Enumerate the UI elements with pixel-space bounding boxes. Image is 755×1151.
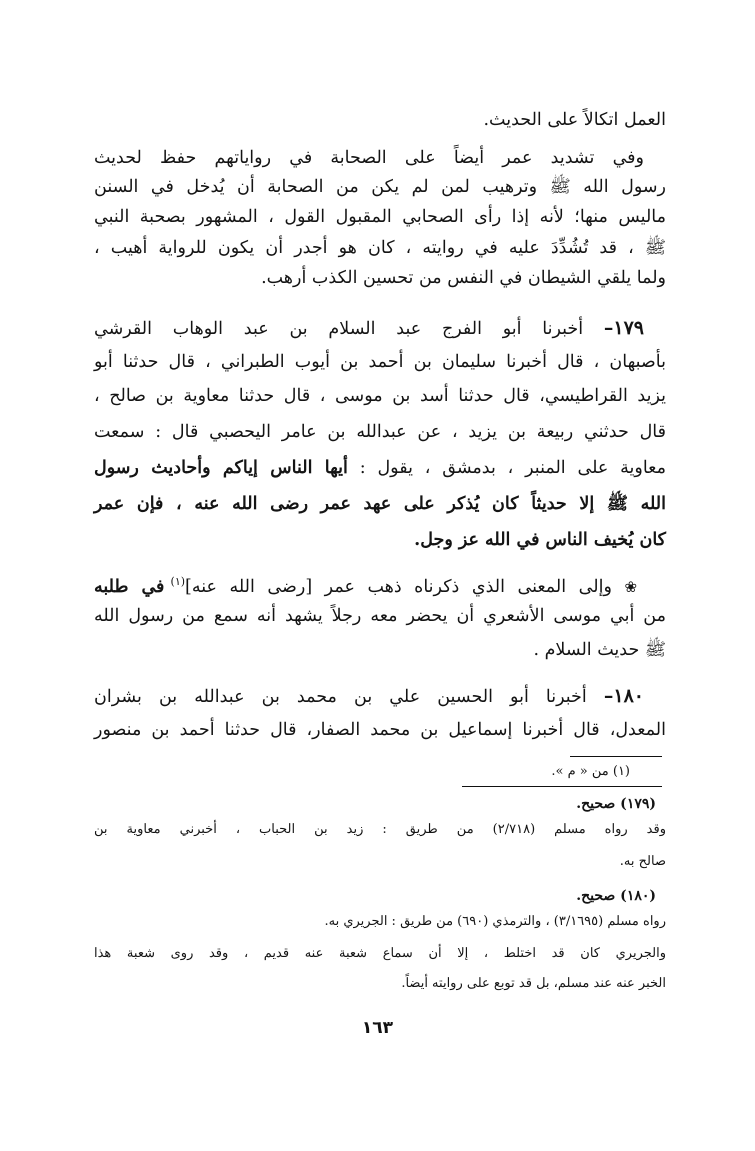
hadith-number: ١٨٠– [604,685,644,707]
book-page: العمل اتكالاً على الحديث. وفي تشديد عمر … [0,0,755,1151]
footnote-separator-long [462,786,662,787]
hadith-179-line: بأصبهان ، قال أخبرنا سليمان بن أحمد بن أ… [94,350,666,374]
flower-ornament-icon: ❀ [624,578,644,596]
body-line: ولما يلقي الشيطان في النفس من تحسين الكذ… [261,266,666,290]
commentary-line: ❀ وإلى المعنى الذي ذكرناه ذهب عمر [رضى ا… [94,570,666,599]
hadith-179-line: يزيد القراطيسي، قال حدثنا أسد بن موسى ، … [94,384,666,408]
body-line: رسول الله ﷺ وترهيب لمن لم يكن من الصحابة… [94,175,666,199]
page-number: ١٦٣ [0,1018,755,1038]
body-line: ماليس منها؛ لأنه إذا رأى الصحابي المقبول… [94,205,666,229]
body-line: العمل اتكالاً على الحديث. [483,108,666,132]
footnote-line: رواه مسلم (٣/١٦٩٥) ، والترمذي (٦٩٠) من ط… [324,912,666,932]
hadith-number: ١٧٩– [604,317,644,339]
hadith-179-line: معاوية على المنبر ، بدمشق ، يقول : أيها … [94,456,666,480]
footnote-line: صالح به. [620,852,666,872]
footnote-line: الخبر عنه عند مسلم، بل قد توبع على روايت… [401,974,666,994]
hadith-179-line: قال حدثني ربيعة بن يزيد ، عن عبدالله بن … [94,420,666,444]
hadith-180-line: ١٨٠– أخبرنا أبو الحسين علي بن محمد بن عب… [94,684,666,709]
hadith-matn: كان يُخيف الناس في الله عز وجل. [414,528,666,552]
commentary-line: من أبي موسى الأشعري أن يحضر معه رجلاً يش… [94,604,666,628]
footnote-ref: (١) [171,575,186,588]
footnote-heading: (١٧٩) صحيح. [576,794,656,814]
main-text: العمل اتكالاً على الحديث. وفي تشديد عمر … [94,0,666,760]
footnote-line: والجريري كان قد اختلط ، إلا أن سماع شعبة… [94,944,666,964]
hadith-180-line: المعدل، قال أخبرنا إسماعيل بن محمد الصفا… [94,718,666,742]
footnote-line: (١) من « م ». [551,762,630,782]
body-line: ﷺ ، قد تُشُدِّدَ عليه في روايته ، كان هو… [94,236,666,260]
hadith-matn: الله ﷺ إلا حديثاً كان يُذكر على عهد عمر … [94,492,666,516]
commentary-line: ﷺ حديث السلام . [533,638,666,662]
footnote-separator-short [570,756,662,757]
body-line: وفي تشديد عمر أيضاً على الصحابة في روايا… [94,146,666,170]
footnote-heading: (١٨٠) صحيح. [576,886,656,906]
footnote-line: وقد رواه مسلم (٢/٧١٨) من طريق : زيد بن ا… [94,820,666,840]
hadith-matn: أيها الناس إياكم وأحاديث رسول [94,458,348,478]
hadith-179-line: ١٧٩– أخبرنا أبو الفرج عبد السلام بن عبد … [94,316,666,341]
